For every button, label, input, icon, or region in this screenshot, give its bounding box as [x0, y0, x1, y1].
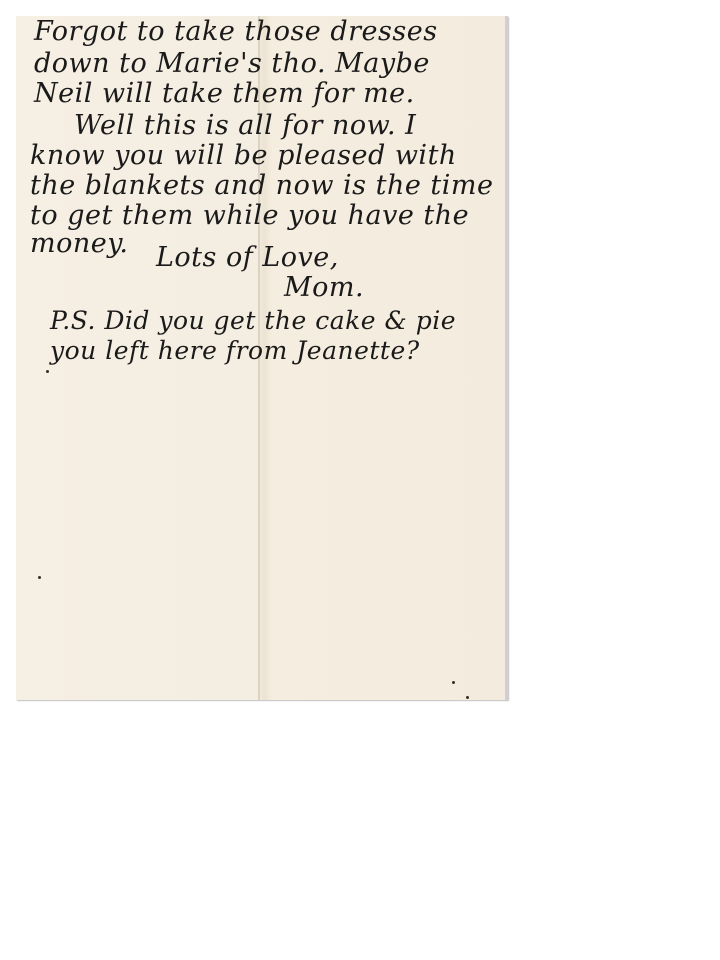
ink-speck [38, 576, 41, 579]
letter-line: Well this is all for now. I [74, 110, 416, 141]
letter-line: down to Marie's tho. Maybe [34, 48, 430, 79]
letter-line: Forgot to take those dresses [34, 16, 438, 47]
ink-speck [46, 370, 49, 373]
letter-line: money. [30, 228, 128, 259]
letter-signature: Mom. [284, 272, 364, 303]
letter-closing: Lots of Love, [156, 242, 339, 273]
letter-line: Neil will take them for me. [34, 78, 415, 109]
ink-speck [452, 681, 455, 684]
letter-line: to get them while you have the [30, 200, 469, 231]
letter-line: know you will be pleased with [30, 140, 457, 171]
letter-line: the blankets and now is the time [30, 170, 493, 201]
postscript-line: you left here from Jeanette? [50, 336, 420, 365]
ink-speck [466, 696, 469, 699]
postscript-line: P.S. Did you get the cake & pie [50, 306, 456, 335]
letter-page: Forgot to take those dresses down to Mar… [16, 16, 508, 700]
